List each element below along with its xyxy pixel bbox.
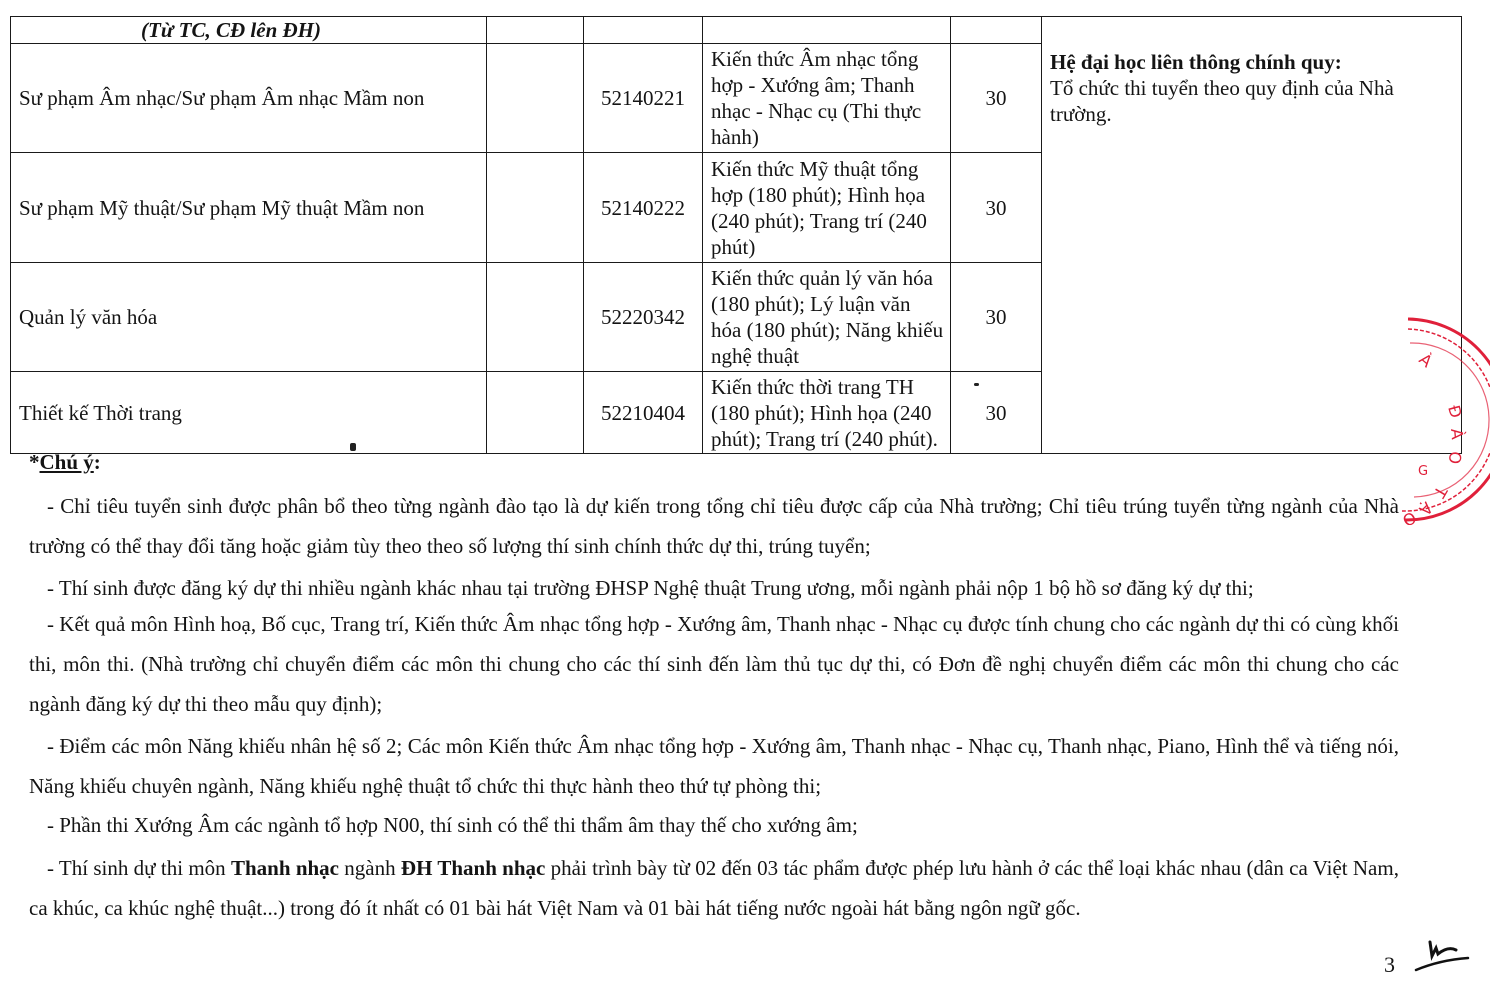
svg-text:T: T (1430, 482, 1452, 501)
note-text: - Thí sinh dự thi môn (47, 856, 231, 880)
major-name: Sư phạm Mỹ thuật/Sư phạm Mỹ thuật Mầm no… (11, 153, 487, 263)
empty-cell (487, 44, 584, 153)
scan-mark (350, 443, 356, 451)
note-item: - Phần thi Xướng Âm các ngành tổ hợp N00… (29, 805, 1399, 845)
note-text: ngành (339, 856, 401, 880)
note-item: - Chỉ tiêu tuyển sinh được phân bổ theo … (29, 486, 1399, 566)
major-name: Thiết kế Thời trang (11, 372, 487, 454)
exam-subjects: Kiến thức quản lý văn hóa (180 phút); Lý… (703, 263, 951, 372)
notes-heading: *Chú ý: (29, 450, 101, 475)
major-code: 52140222 (584, 153, 703, 263)
notes-heading-text: Chú ý (40, 450, 94, 474)
empty-cell (703, 17, 951, 44)
empty-cell (951, 17, 1042, 44)
subheading-cell: (Từ TC, CĐ lên ĐH) (11, 17, 487, 44)
quota: 30 (951, 153, 1042, 263)
empty-cell (584, 17, 703, 44)
admission-table: (Từ TC, CĐ lên ĐH) Hệ đại học liên thông… (10, 16, 1462, 454)
major-name: Quản lý văn hóa (11, 263, 487, 372)
major-code: 52210404 (584, 372, 703, 454)
program-note-body: Tổ chức thi tuyển theo quy định của Nhà … (1050, 76, 1394, 126)
page-number: 3 (1384, 952, 1395, 978)
document-page: (Từ TC, CĐ lên ĐH) Hệ đại học liên thông… (0, 0, 1500, 984)
table-subheading-row: (Từ TC, CĐ lên ĐH) Hệ đại học liên thông… (11, 17, 1462, 44)
note-item: - Kết quả môn Hình hoạ, Bố cục, Trang tr… (29, 604, 1399, 724)
program-note-title: Hệ đại học liên thông chính quy: (1050, 49, 1453, 75)
notes-heading-prefix: * (29, 450, 40, 474)
note-item: - Thí sinh được đăng ký dự thi nhiều ngà… (29, 568, 1399, 608)
empty-cell (487, 372, 584, 454)
scan-mark (974, 383, 979, 386)
empty-cell (487, 263, 584, 372)
signature-icon (1410, 936, 1470, 976)
exam-subjects: Kiến thức thời trang TH (180 phút); Hình… (703, 372, 951, 454)
note-bold-major: ĐH Thanh nhạc (401, 856, 545, 880)
exam-subjects: Kiến thức Âm nhạc tổng hợp - Xướng âm; T… (703, 44, 951, 153)
svg-text:O: O (1399, 508, 1419, 525)
major-code: 52140221 (584, 44, 703, 153)
quota: 30 (951, 372, 1042, 454)
major-code: 52220342 (584, 263, 703, 372)
note-bold-subject: Thanh nhạc (231, 856, 339, 880)
quota: 30 (951, 263, 1042, 372)
svg-text:Ạ: Ạ (1415, 498, 1436, 519)
note-item: - Điểm các môn Năng khiếu nhân hệ số 2; … (29, 726, 1399, 806)
program-note-cell: Hệ đại học liên thông chính quy: Tổ chức… (1042, 17, 1462, 454)
svg-text:G: G (1418, 464, 1428, 479)
notes-heading-suffix: : (94, 450, 101, 474)
empty-cell (487, 17, 584, 44)
quota: 30 (951, 44, 1042, 153)
exam-subjects: Kiến thức Mỹ thuật tổng hợp (180 phút); … (703, 153, 951, 263)
empty-cell (487, 153, 584, 263)
major-name: Sư phạm Âm nhạc/Sư phạm Âm nhạc Mầm non (11, 44, 487, 153)
note-item-voice: - Thí sinh dự thi môn Thanh nhạc ngành Đ… (29, 848, 1399, 928)
